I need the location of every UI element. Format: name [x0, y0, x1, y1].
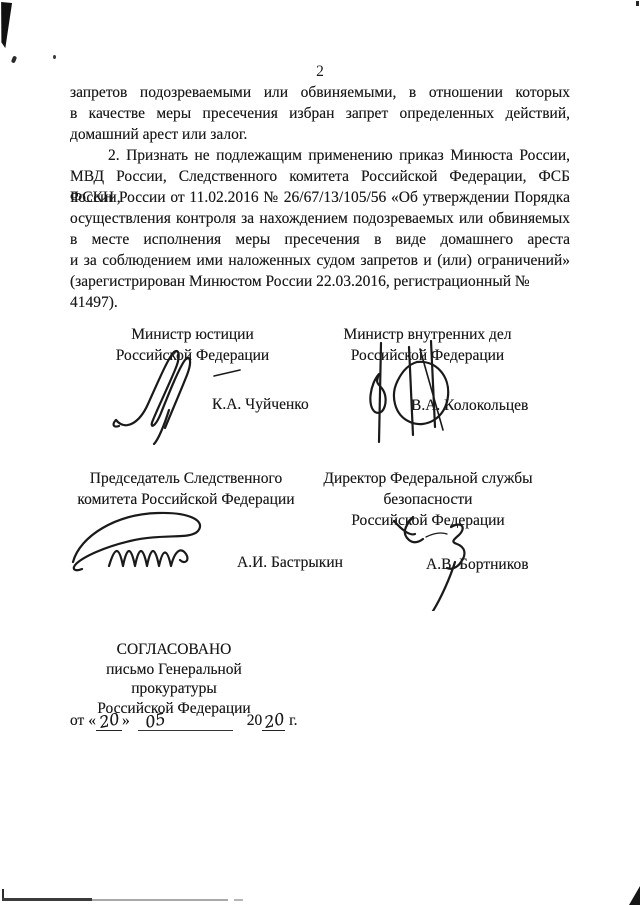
scan-artifact-speck [53, 55, 56, 59]
date-day-blank: 20 [96, 710, 122, 731]
scan-artifact-top-left-slash [0, 2, 14, 50]
title-line: Председатель Следственного [76, 468, 296, 489]
text-line: и за соблюдением ими наложенных судом за… [70, 250, 570, 271]
approval-line: письмо Генеральной [70, 660, 278, 680]
approval-line: прокуратуры [70, 679, 278, 699]
scan-artifact-speck [11, 56, 17, 64]
text-line: ФСКН России от 11.02.2016 № 26/67/13/105… [70, 187, 570, 208]
signatory-name: А.В. Бортников [426, 556, 529, 574]
text-line: МВД России, Следственного комитета Росси… [70, 166, 570, 187]
date-year-printed: 20 [247, 712, 263, 729]
date-month-blank: 05 [138, 710, 233, 731]
title-line: безопасности [322, 489, 534, 510]
text-line: запретов подозреваемыми или обвиняемыми,… [70, 82, 570, 103]
signatory-name: К.А. Чуйченко [212, 396, 309, 414]
scan-artifact-corner-triangle [629, 886, 640, 905]
signatory-name: А.И. Бастрыкин [237, 554, 343, 572]
date-year-blank: 20 [262, 710, 285, 731]
text-line: осуществления контроля за нахождением по… [70, 208, 570, 229]
approval-date-line: от «20»052020 г. [70, 710, 390, 731]
page-number: 2 [0, 64, 640, 80]
text-line: в месте исполнения меры пресечения в вид… [70, 229, 570, 250]
paragraph: запретов подозреваемыми или обвиняемыми,… [70, 82, 570, 145]
bastrykin-signature-icon [66, 504, 246, 582]
text-line: (зарегистрирован Минюстом России 22.03.2… [70, 271, 570, 292]
text-line: домашний арест или залог. [70, 124, 570, 145]
text-line: 2. Признать не подлежащим применению при… [70, 145, 570, 166]
scan-artifact-bottom-line [92, 899, 228, 901]
scanned-document-page: 2 запретов подозреваемыми или обвиняемым… [0, 0, 640, 905]
handwritten-year: 20 [262, 709, 286, 732]
title-line: Министр юстиции [100, 324, 285, 345]
signatory-name: В.А. Колокольцев [411, 397, 528, 415]
approval-block: СОГЛАСОВАНО письмо Генеральной прокурату… [70, 640, 278, 718]
handwritten-month: 05 [143, 709, 167, 732]
kolokoltsev-signature-icon [362, 340, 462, 445]
date-suffix: г. [289, 712, 297, 729]
scan-artifact-bottom-dash [234, 899, 243, 901]
date-prefix: от « [70, 712, 96, 729]
scan-artifact-speck [636, 1, 639, 6]
paragraph: 2. Признать не подлежащим применению при… [70, 145, 570, 292]
text-line: в качестве меры пресечения избран запрет… [70, 103, 570, 124]
handwritten-day: 20 [97, 709, 121, 732]
approval-heading: СОГЛАСОВАНО [70, 640, 278, 660]
body-text: запретов подозреваемыми или обвиняемыми,… [70, 82, 570, 292]
date-close-quote: » [122, 712, 130, 729]
title-line: Директор Федеральной службы [322, 468, 534, 489]
scan-artifact-bottom-line [2, 898, 92, 901]
